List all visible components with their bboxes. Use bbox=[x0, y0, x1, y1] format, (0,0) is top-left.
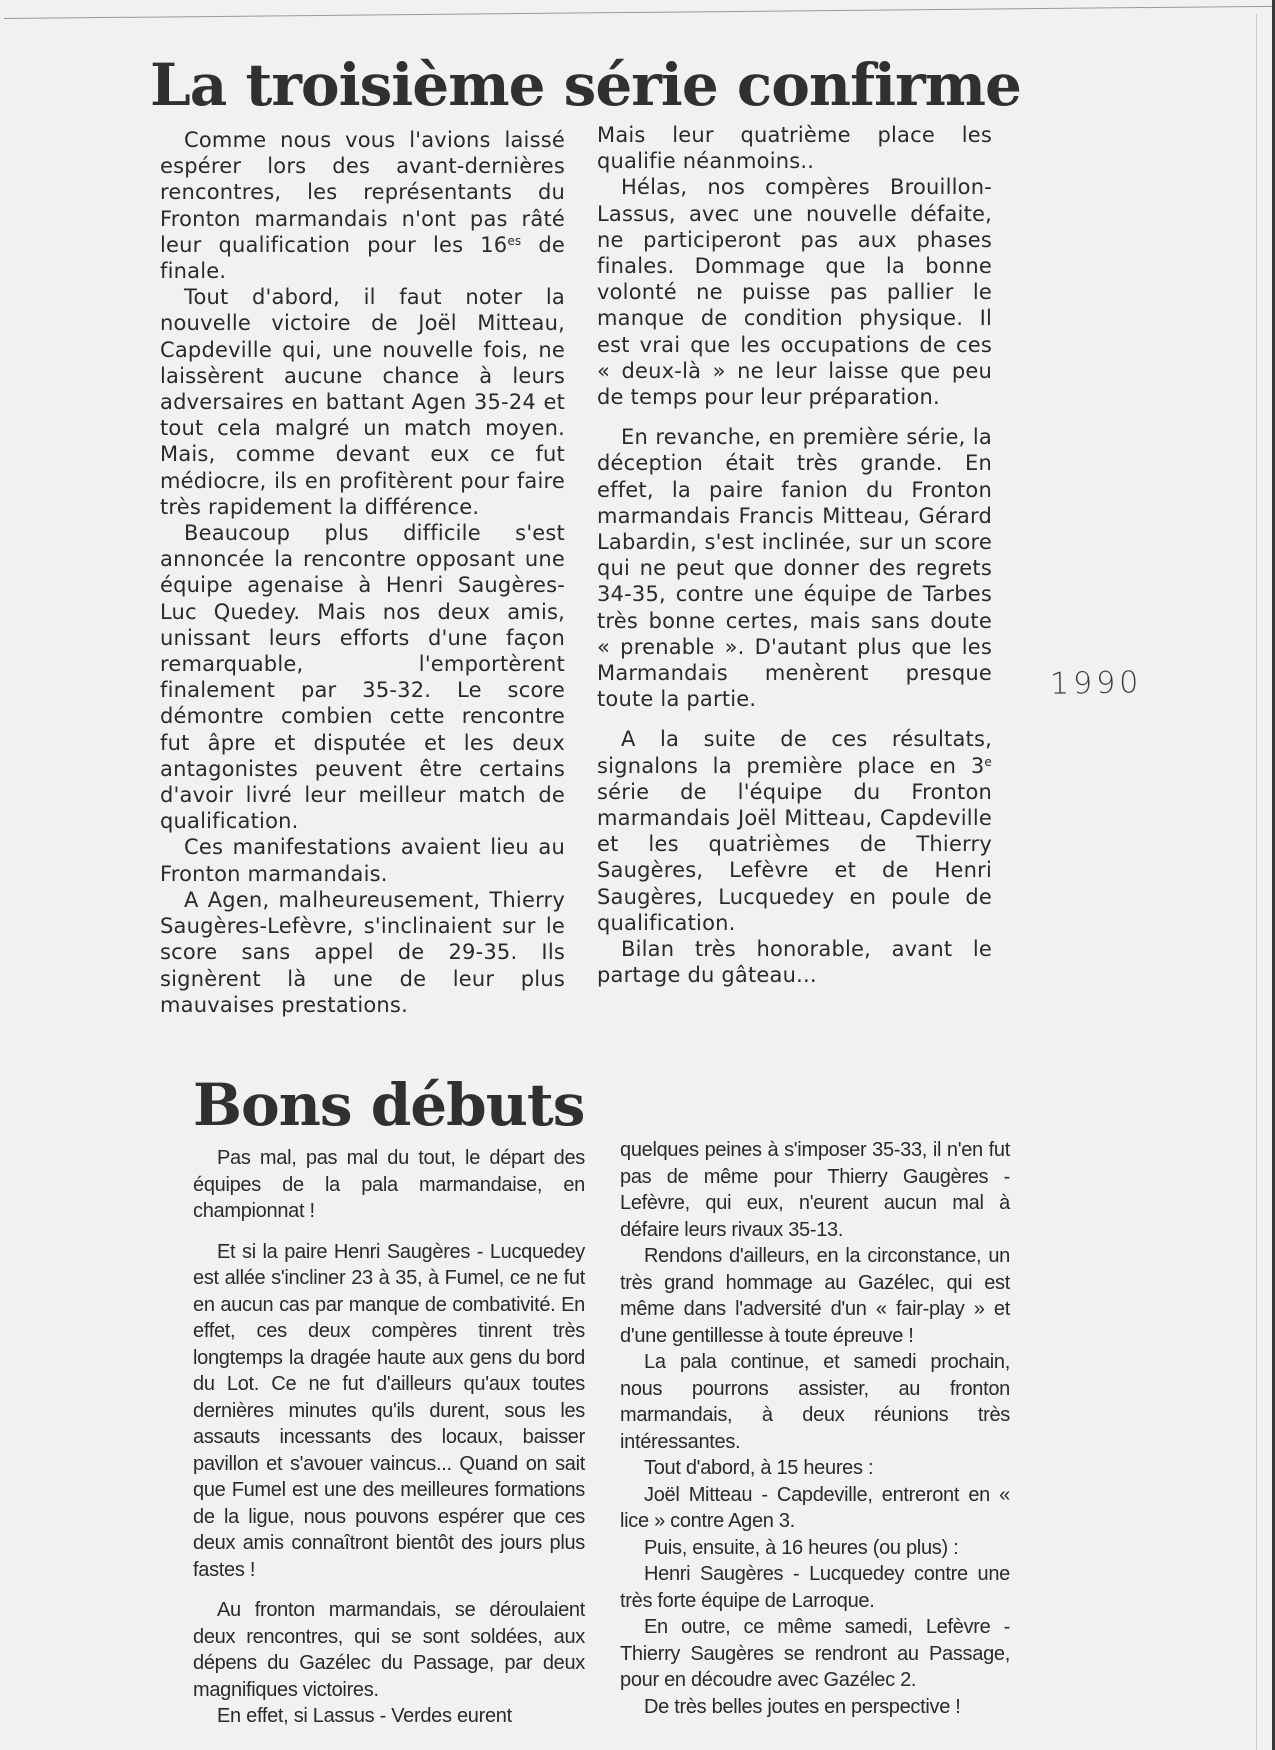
paragraph: De très belles joutes en perspective ! bbox=[620, 1694, 1010, 1721]
paragraph: La pala continue, et samedi prochain, no… bbox=[620, 1349, 1010, 1455]
paragraph: Hélas, nos compères Brouillon-Lassus, av… bbox=[597, 174, 992, 410]
paragraph: Mais leur quatrième place les qualifie n… bbox=[597, 122, 992, 174]
paragraph: En revanche, en première série, la décep… bbox=[597, 424, 992, 712]
paragraph: Beaucoup plus difficile s'est annoncée l… bbox=[160, 520, 565, 834]
handwritten-year-annotation: 1990 bbox=[1050, 665, 1143, 702]
paragraph: En effet, si Lassus - Verdes eurent bbox=[193, 1703, 585, 1730]
paragraph: Tout d'abord, à 15 heures : bbox=[620, 1455, 1010, 1482]
scan-right-edge-line bbox=[1256, 14, 1257, 1750]
paragraph: Henri Saugères - Lucquedey contre une tr… bbox=[620, 1561, 1010, 1614]
paragraph: Pas mal, pas mal du tout, le départ des … bbox=[193, 1145, 585, 1225]
paragraph: Puis, ensuite, à 16 heures (ou plus) : bbox=[620, 1535, 1010, 1562]
paragraph: A Agen, malheureusement, Thierry Saugère… bbox=[160, 887, 565, 1018]
paragraph: Joël Mitteau - Capdeville, entreront en … bbox=[620, 1482, 1010, 1535]
article1-headline: La troisième série confirme bbox=[150, 50, 1021, 120]
paragraph: Rendons d'ailleurs, en la circonstance, … bbox=[620, 1243, 1010, 1349]
article2-headline: Bons débuts bbox=[193, 1070, 584, 1140]
paragraph: En outre, ce même samedi, Lefèvre - Thie… bbox=[620, 1614, 1010, 1694]
scan-top-edge bbox=[4, 6, 1272, 19]
paragraph: Ces manifestations avaient lieu au Front… bbox=[160, 834, 565, 886]
article2-column-2: quelques peines à s'imposer 35-33, il n'… bbox=[620, 1137, 1010, 1720]
article1-column-1: Comme nous vous l'avions laissé espérer … bbox=[160, 127, 565, 1018]
paragraph: Comme nous vous l'avions laissé espérer … bbox=[160, 127, 565, 284]
paragraph: Tout d'abord, il faut noter la nouvelle … bbox=[160, 284, 565, 520]
paragraph: quelques peines à s'imposer 35-33, il n'… bbox=[620, 1137, 1010, 1243]
article1-column-2: Mais leur quatrième place les qualifie n… bbox=[597, 122, 992, 989]
paragraph: Au fronton marmandais, se déroulaient de… bbox=[193, 1597, 585, 1703]
paragraph: Bilan très honorable, avant le partage d… bbox=[597, 936, 992, 988]
paragraph: Et si la paire Henri Saugères - Lucquede… bbox=[193, 1239, 585, 1584]
article2-column-1: Pas mal, pas mal du tout, le départ des … bbox=[193, 1145, 585, 1730]
paragraph: A la suite de ces résultats, signalons l… bbox=[597, 726, 992, 936]
